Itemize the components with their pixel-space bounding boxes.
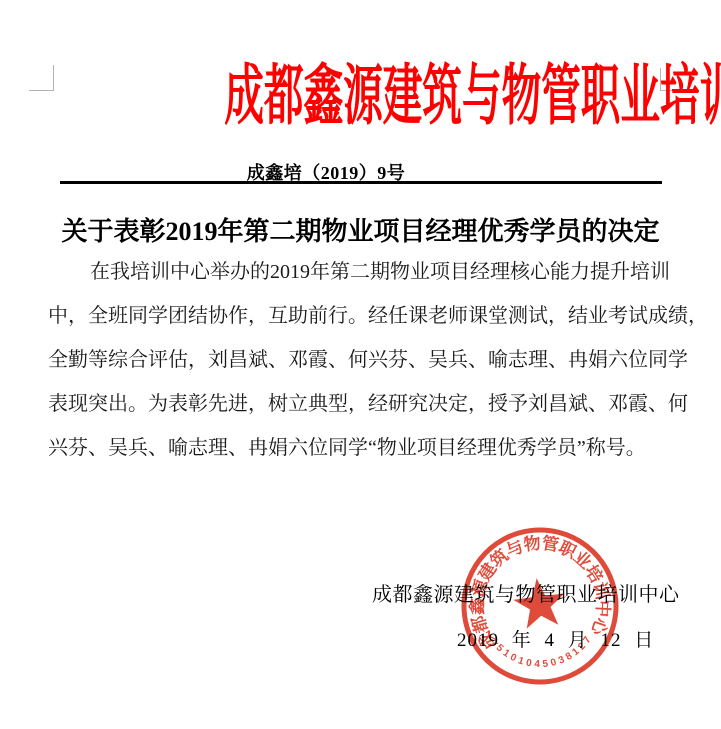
body-line: 兴芬、吴兵、喻志理、冉娟六位同学“物业项目经理优秀学员”称号。 bbox=[48, 426, 672, 470]
document-page: 成都鑫源建筑与物管职业培训中心文件 成鑫培（2019）9号 关于表彰2019年第… bbox=[0, 0, 721, 729]
letterhead: 成都鑫源建筑与物管职业培训中心文件 bbox=[0, 56, 721, 138]
body-line: 表现突出。为表彰先进，树立典型，经研究决定，授予刘昌斌、邓霞、何 bbox=[48, 382, 672, 426]
body-paragraph: 在我培训中心举办的2019年第二期物业项目经理核心能力提升培训 中，全班同学团结… bbox=[48, 250, 672, 470]
body-line: 在我培训中心举办的2019年第二期物业项目经理核心能力提升培训 bbox=[48, 250, 672, 294]
header-divider-rule bbox=[60, 181, 662, 184]
signature-date: 2019 年 4 月 12 日 bbox=[457, 625, 654, 652]
letterhead-title: 成都鑫源建筑与物管职业培训中心文件 bbox=[224, 56, 721, 138]
document-title: 关于表彰2019年第二期物业项目经理优秀学员的决定 bbox=[30, 211, 691, 248]
signature-org-name: 成都鑫源建筑与物管职业培训中心 bbox=[372, 578, 680, 607]
body-line: 全勤等综合评估，刘昌斌、邓霞、何兴芬、吴兵、喻志理、冉娟六位同学 bbox=[48, 338, 672, 382]
body-line: 中，全班同学团结协作，互助前行。经任课老师课堂测试，结业考试成绩， bbox=[48, 294, 672, 338]
